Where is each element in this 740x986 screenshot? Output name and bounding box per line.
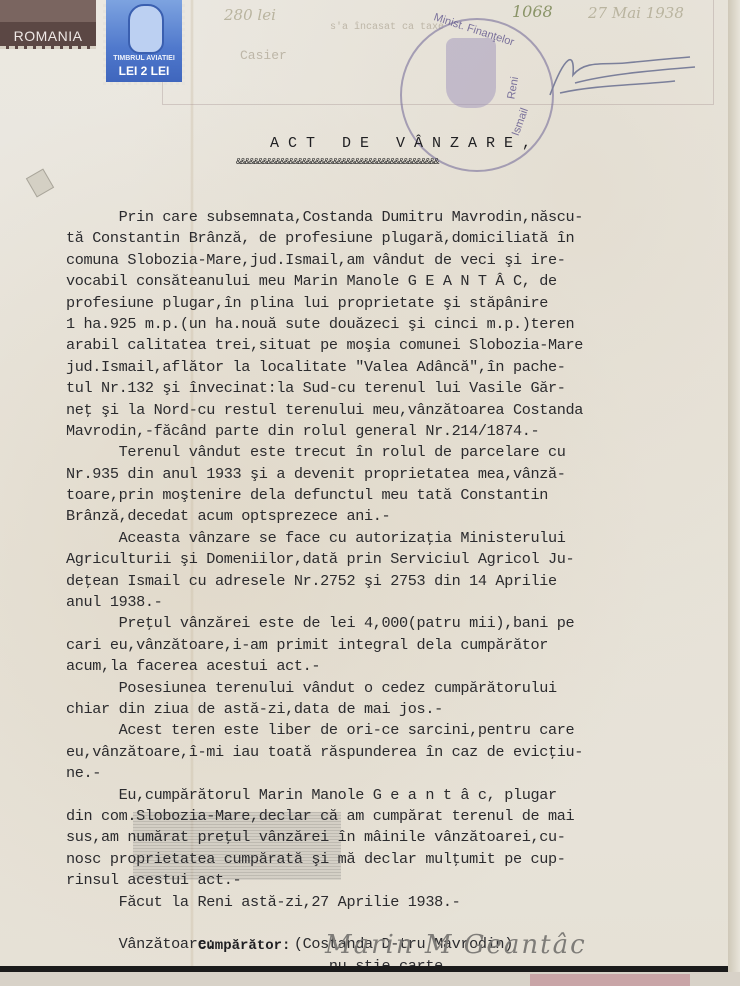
text-line: Eu,cumpărătorul Marin Manole G e a n t â… — [66, 785, 738, 806]
text-line: Brânză,decedat acum optsprezece ani.- — [66, 506, 738, 527]
text-line: acum,la facerea acestui act.- — [66, 656, 738, 677]
text-line: jud.Ismail,aflător la localitate "Valea … — [66, 357, 738, 378]
document-page: ROMANIA TIMBRUL AVIATIEI LEI 2 LEI 280 l… — [0, 0, 728, 975]
text-line: Aceasta vânzare se face cu autorizaţia M… — [66, 528, 738, 549]
romania-postage-stamp: ROMANIA — [0, 0, 96, 49]
text-line: Prin care subsemnata,Costanda Dumitru Ma… — [66, 207, 738, 228]
text-line: ne.- — [66, 763, 738, 784]
text-line: deţean Ismail cu adresele Nr.2752 şi 275… — [66, 571, 738, 592]
page-edge — [728, 0, 740, 986]
text-line: Făcut la Reni astă-zi,27 Aprilie 1938.- — [66, 892, 738, 913]
aviator-portrait-icon — [128, 4, 164, 54]
text-line: neţ şi la Nord-cu restul terenului meu,v… — [66, 400, 738, 421]
paper-blemish — [26, 168, 54, 197]
text-line: Nr.935 din anul 1933 şi a devenit propri… — [66, 464, 738, 485]
underlying-stamp — [530, 974, 690, 986]
seal-text-side: Reni — [505, 76, 521, 100]
text-line: rinsul acestui act.- — [66, 870, 738, 891]
text-line: comuna Slobozia-Mare,jud.Ismail,am vându… — [66, 250, 738, 271]
text-line: Terenul vândut este trecut în rolul de p… — [66, 442, 738, 463]
faint-casier-text: Casier — [240, 48, 287, 63]
text-line: Acest teren este liber de ori-ce sarcini… — [66, 720, 738, 741]
pencil-note-fee: 280 lei — [224, 6, 276, 24]
aviation-stamp: TIMBRUL AVIATIEI LEI 2 LEI — [106, 0, 182, 82]
stamp-image — [0, 0, 96, 22]
stamp-country-label: ROMANIA — [0, 28, 96, 44]
text-line: Posesiunea terenului vândut o cedez cump… — [66, 678, 738, 699]
coat-of-arms-icon — [446, 38, 496, 108]
text-line: Agriculturii şi Domeniilor,dată prin Ser… — [66, 549, 738, 570]
official-signature-icon — [545, 45, 700, 100]
text-line: arabil calitatea trei,situat pe moşia co… — [66, 335, 738, 356]
text-line: nosc proprietatea cumpărată şi mă declar… — [66, 849, 738, 870]
text-line: toare,prin moştenire dela defunctul meu … — [66, 485, 738, 506]
seal-text-bottom: Ismail — [510, 106, 531, 137]
text-line: anul 1938.- — [66, 592, 738, 613]
title-ornament: &&&&&&&&&&&&&&&&&&&&&&&&&&&&&&&&&&&&&&&&… — [236, 158, 586, 166]
text-line: Preţul vânzărei este de lei 4,000(patru … — [66, 613, 738, 634]
faint-receipt-text: s'a încasat ca taxe — [330, 22, 444, 33]
aviation-stamp-caption: TIMBRUL AVIATIEI — [106, 55, 182, 62]
text-line: tul Nr.132 şi învecinat:la Sud-cu terenu… — [66, 378, 738, 399]
text-line: din com.Slobozia-Mare,declar că am cumpă… — [66, 806, 738, 827]
document-title: ACT DE VÂNZARE, — [270, 135, 540, 152]
text-line: sus,am numărat preţul vânzărei în mâinil… — [66, 827, 738, 848]
text-line: profesiune plugar,în plina lui proprieta… — [66, 293, 738, 314]
text-line: vocabil consăteanului meu Marin Manole G… — [66, 271, 738, 292]
text-line: Mavrodin,-făcând parte din rolul general… — [66, 421, 738, 442]
text-line: tă Constantin Brânză, de profesiune plug… — [66, 228, 738, 249]
text-line: cari eu,vânzătoare,i-am primit integral … — [66, 635, 738, 656]
text-line: 1 ha.925 m.p.(un ha.nouă sute douăzeci ş… — [66, 314, 738, 335]
buyer-label: Cumpărător: — [198, 938, 290, 954]
pencil-note-date: 27 Mai 1938 — [588, 4, 684, 22]
document-body: Prin care subsemnata,Costanda Dumitru Ma… — [66, 207, 738, 977]
pencil-note-number: 1068 — [512, 2, 553, 21]
text-line: eu,vânzătoare,î-mi iau toată răspunderea… — [66, 742, 738, 763]
aviation-stamp-value: LEI 2 LEI — [106, 64, 182, 78]
text-line: chiar din ziua de astă-zi,data de mai jo… — [66, 699, 738, 720]
buyer-handwritten-signature: Marin M Geantâc — [325, 930, 587, 960]
